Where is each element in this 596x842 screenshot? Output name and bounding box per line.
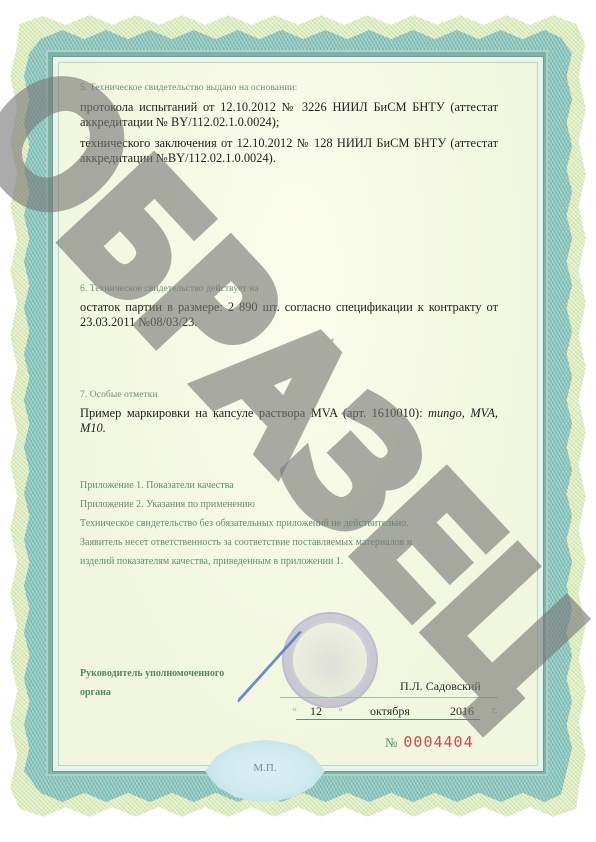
serial-number-value: 0004404 [403, 733, 473, 751]
section-7-label: 7. Особые отметки [80, 390, 498, 400]
appendix-line: Приложение 1. Показатели качества [80, 476, 498, 495]
section-5-paragraph-2: технического заключения от 12.10.2012 № … [80, 136, 498, 166]
official-seal-stamp [282, 612, 378, 708]
serial-number: № 0004404 [385, 733, 474, 752]
section-7-paragraph: Пример маркировки на капсуле раствора MV… [80, 406, 498, 436]
section-6-paragraph: остаток партии в размере: 2 890 шт. согл… [80, 300, 498, 330]
seal-place-label: М.П. [205, 762, 325, 774]
signature-line [280, 697, 498, 698]
date-day: 12 [310, 704, 322, 719]
appendix-line: Приложение 2. Указания по применению [80, 495, 498, 514]
appendix-line: Техническое свидетельство без обязательн… [80, 514, 498, 533]
section-5-paragraph-1: протокола испытаний от 12.10.2012 № 3226… [80, 100, 498, 130]
date-suffix: г. [492, 705, 497, 716]
appendix-line: изделий показателям качества, приведенны… [80, 552, 498, 571]
number-sign: № [385, 735, 398, 750]
section-5-label: 5. Техническое свидетельство выдано на о… [80, 83, 498, 93]
date-open-quote: « [292, 704, 297, 715]
signatory-title: Руководитель уполномоченного органа [80, 664, 224, 702]
appendix-list: Приложение 1. Показатели качества Прилож… [80, 476, 498, 571]
issue-date: « 12 » октября 2016 г. [290, 704, 500, 720]
date-underline [296, 719, 480, 720]
date-year: 2016 [450, 704, 474, 719]
signatory-name: П.Л. Садовский [400, 679, 481, 694]
section-6-label: 6. Техническое свидетельство действует н… [80, 284, 498, 294]
date-month: октября [370, 704, 410, 719]
marking-example-text: Пример маркировки на капсуле раствора MV… [80, 406, 428, 420]
date-close-quote: » [338, 704, 343, 715]
appendix-line: Заявитель несет ответственность за соотв… [80, 533, 498, 552]
